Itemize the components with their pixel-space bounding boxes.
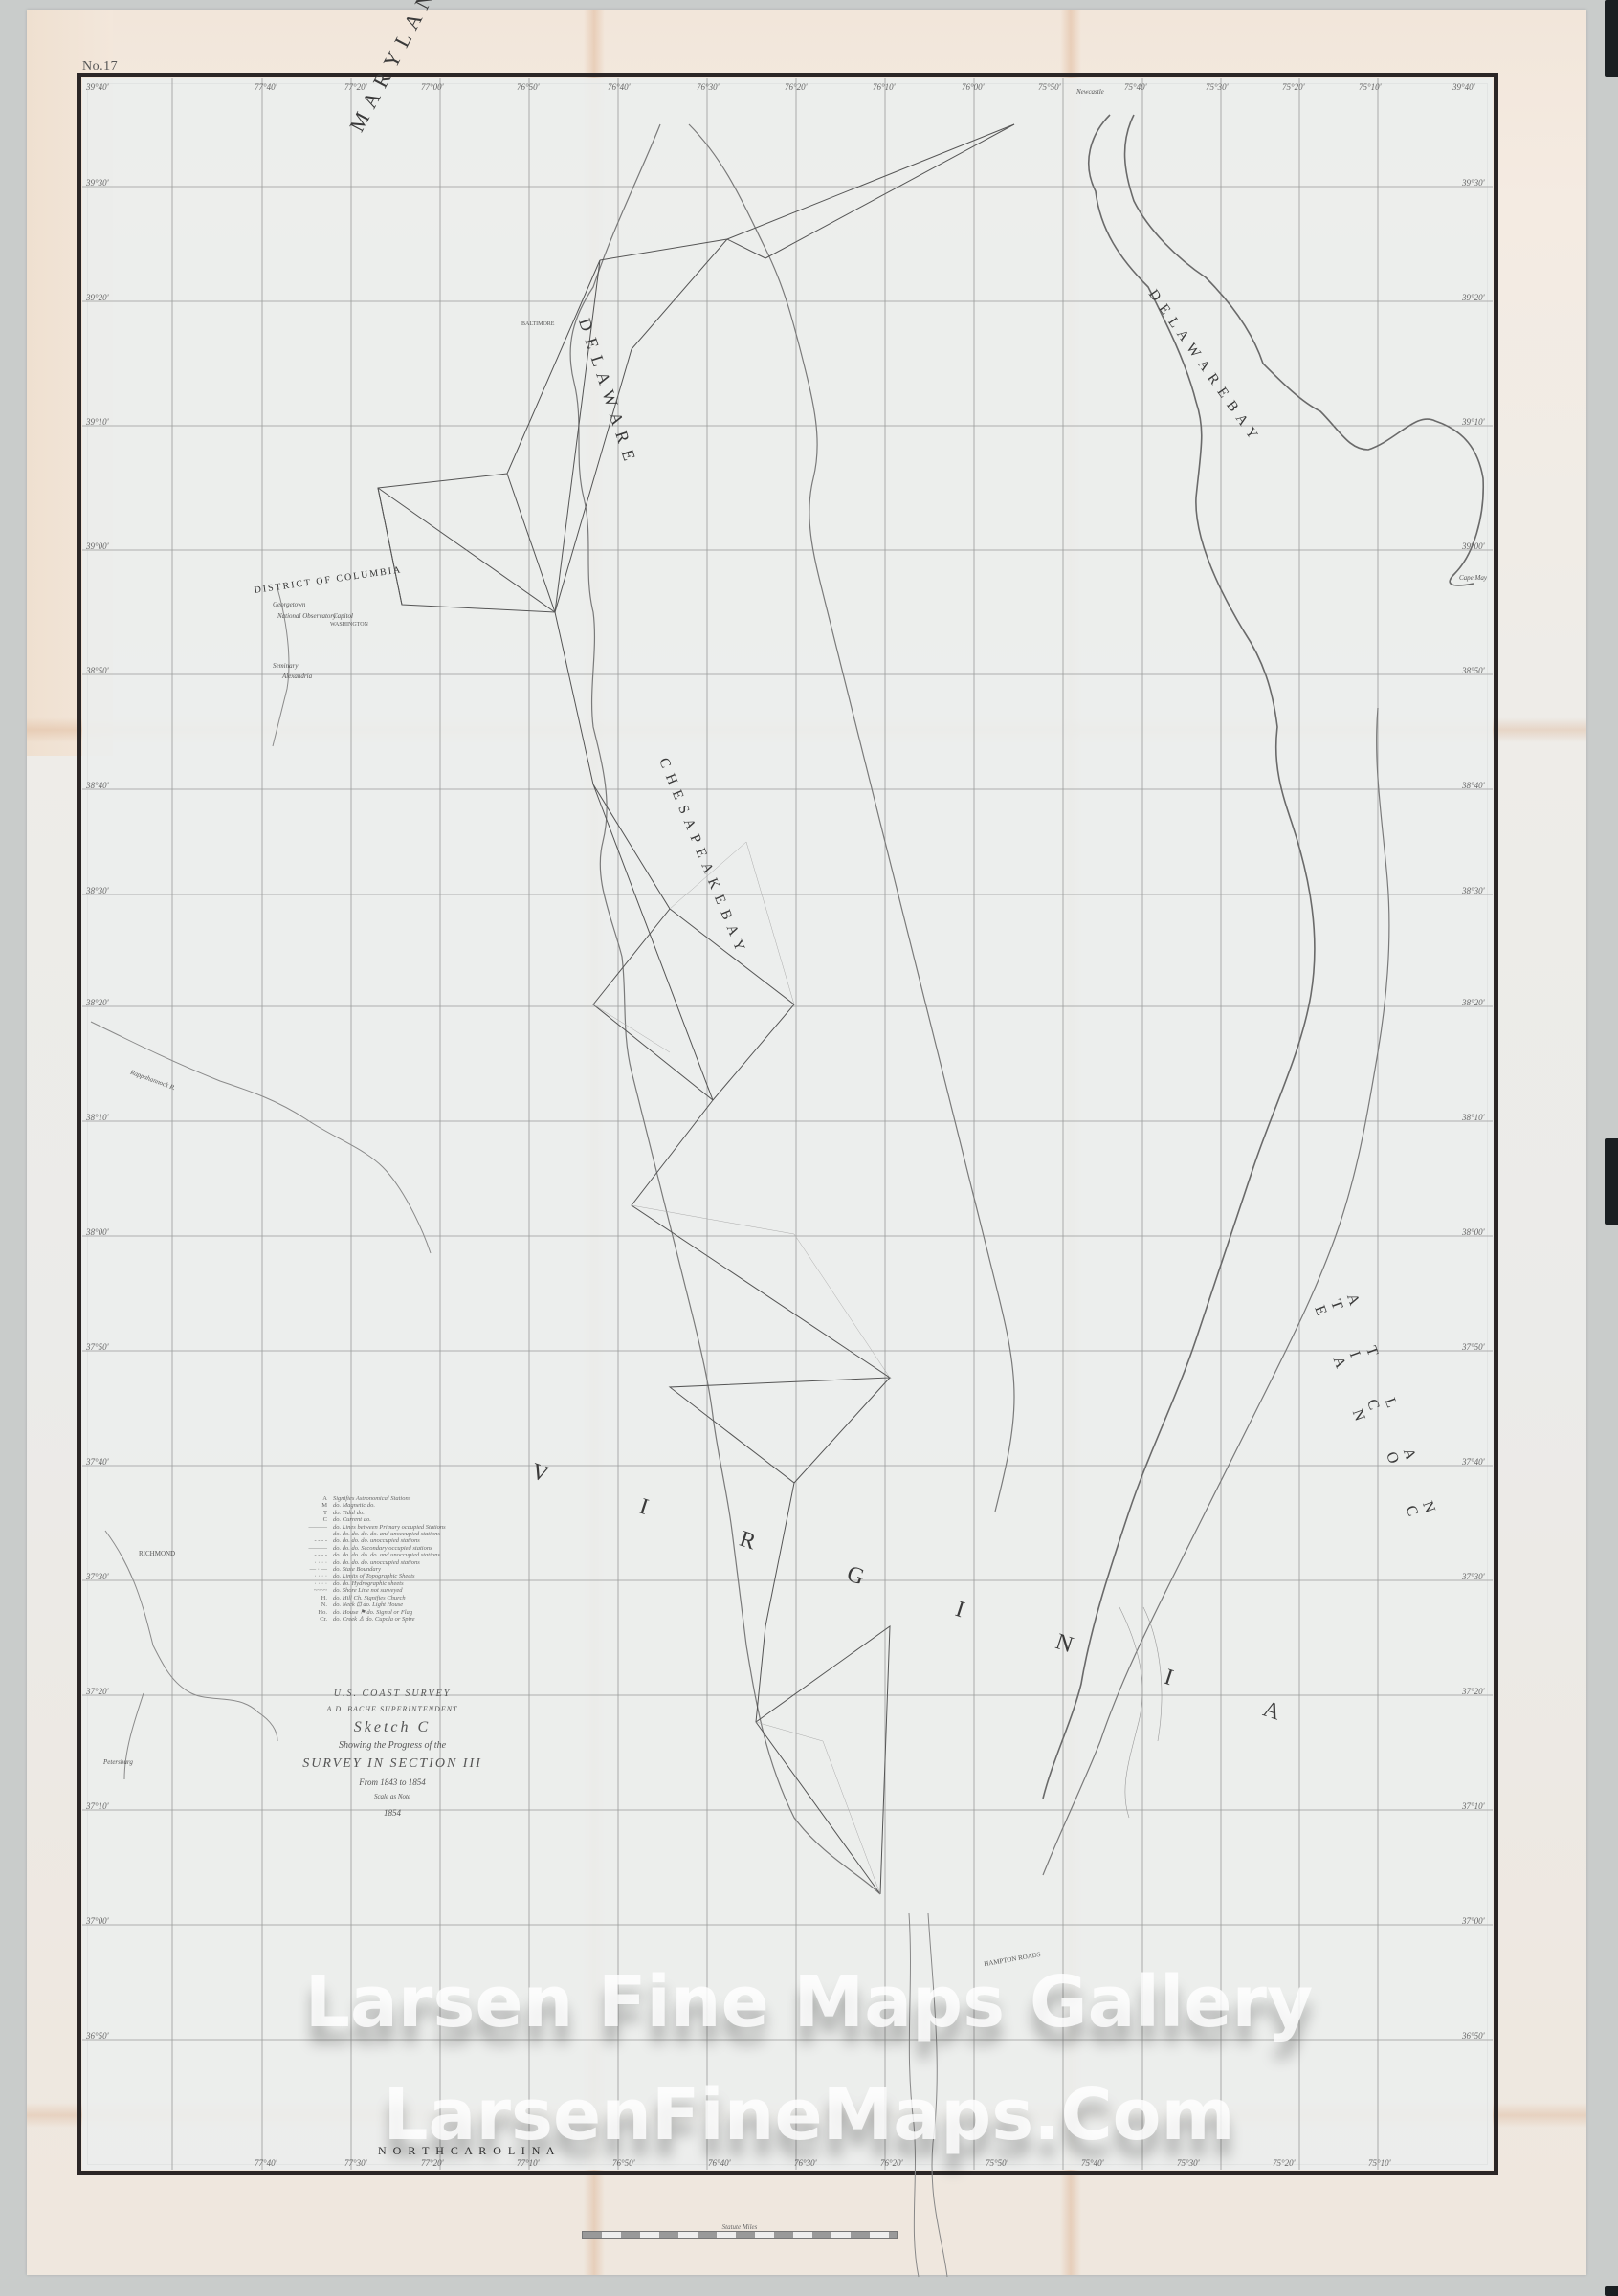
triangulation-network: [378, 124, 1014, 1894]
shore-detail: [1119, 1607, 1162, 1818]
coord-label: 76°20': [880, 2158, 903, 2168]
coord-label: 39°00': [1462, 541, 1485, 551]
binder-clip: [1605, 1138, 1618, 1225]
coord-label: 39°00': [86, 541, 109, 551]
title-scale: Scale as Note: [277, 1793, 507, 1800]
coord-label: 38°30': [1462, 886, 1485, 895]
coord-label: 75°50': [1038, 82, 1061, 92]
coord-label: 39°30': [86, 178, 109, 188]
watermark-gallery-name: Larsen Fine Maps Gallery: [0, 1961, 1618, 2043]
graticule: [82, 78, 1493, 2170]
coord-label: 76°40': [708, 2158, 731, 2168]
scale-bar: Statute Miles: [582, 2223, 898, 2239]
coord-label: 39°40': [1452, 82, 1475, 92]
coord-label: 38°00': [86, 1227, 109, 1237]
coord-label: 37°50': [86, 1342, 109, 1352]
coord-label: 37°00': [86, 1916, 109, 1926]
place-national-observatory: National Observatory: [277, 612, 336, 620]
coord-label: 75°30': [1206, 82, 1229, 92]
coord-label: 76°20': [785, 82, 808, 92]
coord-label: 75°20': [1282, 82, 1305, 92]
watermark-website: LarsenFineMaps.Com: [0, 2074, 1618, 2156]
coord-label: 77°20': [421, 2158, 444, 2168]
coord-label: 77°40': [255, 2158, 277, 2168]
coord-label: 76°50': [517, 82, 540, 92]
coord-label: 37°10': [86, 1801, 109, 1811]
coord-label: 75°40': [1081, 2158, 1104, 2168]
chesapeake-western-shore: [570, 124, 1014, 1894]
coord-label: 76°50': [612, 2158, 635, 2168]
coord-label: 37°50': [1462, 1342, 1485, 1352]
coord-label: 76°10': [873, 82, 896, 92]
title-sketch: Sketch C: [277, 1719, 507, 1736]
place-baltimore: BALTIMORE: [521, 321, 554, 327]
coord-label: 39°20': [86, 293, 109, 302]
place-petersburg: Petersburg: [103, 1758, 133, 1766]
coord-label: 75°30': [1177, 2158, 1200, 2168]
title-date-range: From 1843 to 1854: [277, 1777, 507, 1787]
coord-label: 77°30': [344, 2158, 367, 2168]
title-agency: U.S. COAST SURVEY: [277, 1689, 507, 1699]
coord-label: 77°40': [255, 82, 277, 92]
coord-label: 38°50': [86, 666, 109, 675]
coord-label: 77°00': [421, 82, 444, 92]
coord-label: 39°40': [86, 82, 109, 92]
coord-label: 76°40': [608, 82, 631, 92]
place-seminary: Seminary: [273, 662, 298, 670]
secondary-triangulation: [593, 842, 890, 1894]
coord-label: 76°00': [962, 82, 985, 92]
title-superintendent: A.D. BACHE SUPERINTENDENT: [277, 1705, 507, 1713]
place-cape-may: Cape May: [1459, 574, 1487, 582]
binder-clip: [1605, 0, 1618, 77]
scale-graduations: [582, 2231, 898, 2239]
coord-label: 39°20': [1462, 293, 1485, 302]
place-richmond: RICHMOND: [139, 1550, 175, 1557]
coord-label: 37°40': [1462, 1457, 1485, 1467]
coord-label: 39°10': [1462, 417, 1485, 427]
coord-label: 38°20': [86, 998, 109, 1007]
coord-label: 76°30': [794, 2158, 817, 2168]
coord-label: 38°20': [1462, 998, 1485, 1007]
coord-label: 37°10': [1462, 1801, 1485, 1811]
coord-label: 38°40': [1462, 781, 1485, 790]
coord-label: 39°30': [1462, 178, 1485, 188]
coord-label: 37°30': [1462, 1572, 1485, 1581]
coord-label: 39°10': [86, 417, 109, 427]
coord-label: 38°30': [86, 886, 109, 895]
coord-label: 37°30': [86, 1572, 109, 1581]
coord-label: 37°00': [1462, 1916, 1485, 1926]
title-main: SURVEY IN SECTION III: [277, 1756, 507, 1772]
scale-label: Statute Miles: [582, 2223, 898, 2231]
place-georgetown: Georgetown: [273, 601, 305, 608]
title-subtitle: Showing the Progress of the: [277, 1740, 507, 1751]
coord-label: 76°30': [697, 82, 720, 92]
place-capitol: Capitol: [333, 612, 353, 620]
coord-label: 75°10': [1359, 82, 1382, 92]
coord-label: 37°40': [86, 1457, 109, 1467]
coord-label: 38°40': [86, 781, 109, 790]
binder-clip: [1605, 2286, 1618, 2296]
map-drawing: [0, 0, 1618, 2296]
place-washington: WASHINGTON: [330, 622, 368, 628]
coord-label: 38°00': [1462, 1227, 1485, 1237]
coord-label: 38°10': [86, 1113, 109, 1122]
coord-label: 75°40': [1124, 82, 1147, 92]
coord-label: 75°20': [1273, 2158, 1296, 2168]
place-newcastle: Newcastle: [1076, 88, 1104, 96]
map-legend: ASignifies Astronomical Stations Mdo. Ma…: [287, 1495, 446, 1623]
title-cartouche: U.S. COAST SURVEY A.D. BACHE SUPERINTEND…: [277, 1689, 507, 1818]
coord-label: 37°20': [1462, 1687, 1485, 1696]
coord-label: 75°50': [986, 2158, 1008, 2168]
coord-label: 75°10': [1368, 2158, 1391, 2168]
place-alexandria: Alexandria: [282, 673, 312, 680]
title-year: 1854: [277, 1808, 507, 1818]
coord-label: 38°10': [1462, 1113, 1485, 1122]
coord-label: 37°20': [86, 1687, 109, 1696]
coord-label: 38°50': [1462, 666, 1485, 675]
coord-label: 77°10': [517, 2158, 540, 2168]
